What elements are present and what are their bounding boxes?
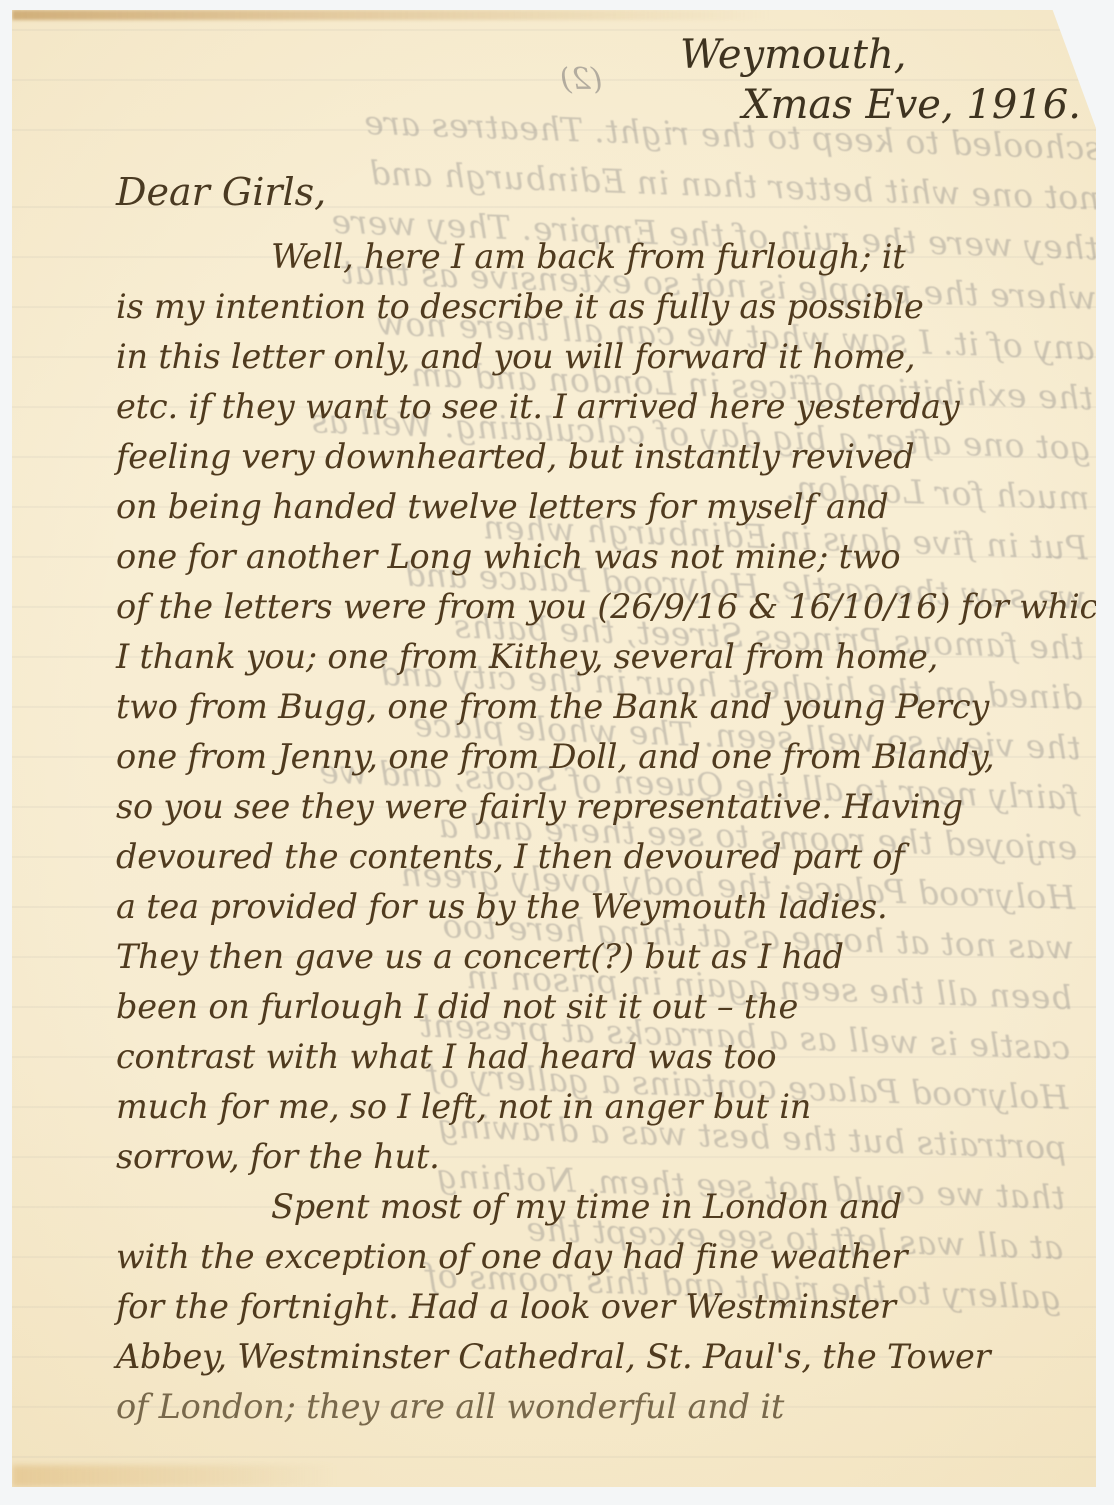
body-line: a tea provided for us by the Weymouth la… xyxy=(116,882,1101,932)
letter-content: Weymouth, Xmas Eve, 1916. Dear Girls, We… xyxy=(12,10,1096,1487)
body-line: in this letter only, and you will forwar… xyxy=(116,332,1101,382)
body-line: two from Bugg, one from the Bank and you… xyxy=(116,682,1101,732)
body-line: of London; they are all wonderful and it xyxy=(116,1382,1101,1432)
body-line: They then gave us a concert(?) but as I … xyxy=(116,932,1101,982)
letter-heading: Weymouth, Xmas Eve, 1916. xyxy=(672,30,1081,130)
body-line: Abbey, Westminster Cathedral, St. Paul's… xyxy=(116,1332,1101,1382)
body-line: with the exception of one day had fine w… xyxy=(116,1232,1101,1282)
body-line: I thank you; one from Kithey, several fr… xyxy=(116,632,1101,682)
body-line: etc. if they want to see it. I arrived h… xyxy=(116,382,1101,432)
heading-date: Xmas Eve, 1916. xyxy=(672,80,1081,130)
body-line: much for me, so I left, not in anger but… xyxy=(116,1082,1101,1132)
body-line: one from Jenny, one from Doll, and one f… xyxy=(116,732,1101,782)
body-line: feeling very downhearted, but instantly … xyxy=(116,432,1101,482)
body-line: Spent most of my time in London and xyxy=(116,1182,1101,1232)
body-line: for the fortnight. Had a look over Westm… xyxy=(116,1282,1101,1332)
body-line: so you see they were fairly representati… xyxy=(116,782,1101,832)
letter-body: Well, here I am back from furlough; it i… xyxy=(116,232,1101,1432)
body-line: contrast with what I had heard was too xyxy=(116,1032,1101,1082)
body-line: Well, here I am back from furlough; it xyxy=(116,232,1101,282)
body-line: been on furlough I did not sit it out – … xyxy=(116,982,1101,1032)
heading-place: Weymouth, xyxy=(672,30,1081,80)
body-line: one for another Long which was not mine;… xyxy=(116,532,1101,582)
body-line: of the letters were from you (26/9/16 & … xyxy=(116,582,1101,632)
body-line: is my intention to describe it as fully … xyxy=(116,282,1101,332)
letter-page: schooled to keep to the right. Theatres … xyxy=(12,10,1096,1487)
body-line: devoured the contents, I then devoured p… xyxy=(116,832,1101,882)
body-line: sorrow, for the hut. xyxy=(116,1132,1101,1182)
salutation: Dear Girls, xyxy=(116,170,326,214)
body-line: on being handed twelve letters for mysel… xyxy=(116,482,1101,532)
